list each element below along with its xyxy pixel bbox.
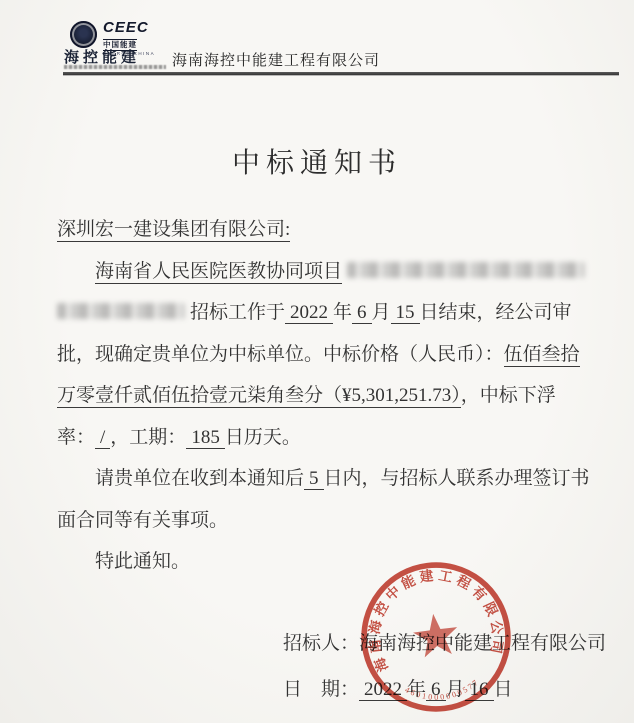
bid-end-line: 招标工作于2022年6月15日结束，经公司审 xyxy=(57,292,603,334)
amount-line: 万零壹仟贰佰伍拾壹元柒角叁分（¥5,301,251.73），中标下浮 xyxy=(57,375,603,417)
closing-text: 特此通知。 xyxy=(95,551,190,572)
letterhead-divider xyxy=(63,72,619,75)
document-body: 深圳宏一建设集团有限公司: 海南省人民医院医教协同项目 招标工作于2022年6月… xyxy=(57,209,603,583)
bidder-label: 招标人： xyxy=(283,633,359,654)
bid-end-day: 15 xyxy=(391,302,420,324)
body-text: 率： xyxy=(57,427,95,448)
signature-block: 招标人：海南海控中能建工程有限公司 日 期：2022年6月16日 xyxy=(283,621,606,713)
notice-line-2: 面合同等有关事项。 xyxy=(57,500,603,542)
day-char: 日 xyxy=(494,679,513,700)
body-text: 面合同等有关事项。 xyxy=(57,510,228,531)
redacted-text-block xyxy=(347,262,585,278)
sign-month: 6 xyxy=(426,679,446,701)
addressee-company: 深圳宏一建设集团有限公司: xyxy=(57,219,290,242)
letterhead-company-name: 海南海控中能建工程有限公司 xyxy=(172,49,380,70)
body-text: 日历天。 xyxy=(225,427,301,448)
body-text: 日内，与招标人联系办理签订书 xyxy=(324,468,590,489)
project-line: 海南省人民医院医教协同项目 xyxy=(57,251,603,293)
body-text: ，工期： xyxy=(110,427,186,448)
bidder-line: 招标人：海南海控中能建工程有限公司 xyxy=(283,621,606,667)
notice-line: 请贵单位在收到本通知后5日内，与招标人联系办理签订书 xyxy=(57,458,603,500)
sign-year: 2022 xyxy=(359,679,407,701)
body-text: ，中标下浮 xyxy=(461,385,556,406)
date-label: 日 期： xyxy=(283,679,359,700)
body-text: 批，现确定贵单位为中标单位。中标价格（人民币）： xyxy=(57,344,504,365)
closing-line: 特此通知。 xyxy=(57,541,603,583)
redacted-text-block xyxy=(57,303,185,319)
notice-days: 5 xyxy=(304,468,324,490)
bidder-company: 海南海控中能建工程有限公司 xyxy=(359,633,606,654)
haikong-brand-text: 海控能建 xyxy=(64,46,140,67)
date-line: 日 期：2022年6月16日 xyxy=(283,667,606,713)
amount-in-words-rest: 万零壹仟贰佰伍拾壹元柒角叁分（¥5,301,251.73） xyxy=(57,385,461,408)
year-char: 年 xyxy=(407,679,426,700)
amount-in-words-start: 伍佰叁拾 xyxy=(504,344,580,367)
month-char: 月 xyxy=(446,679,465,700)
bid-end-month: 6 xyxy=(352,302,372,324)
ceec-logo-text: CEEC xyxy=(103,20,155,35)
discount-rate-value: / xyxy=(95,427,110,449)
project-name: 海南省人民医院医教协同项目 xyxy=(95,261,342,284)
body-text: 请贵单位在收到本通知后 xyxy=(95,468,304,489)
duration-days: 185 xyxy=(186,427,225,449)
body-text: 招标工作于 xyxy=(190,302,285,323)
rate-duration-line: 率：/，工期：185日历天。 xyxy=(57,417,603,459)
body-text: 日结束，经公司审 xyxy=(420,302,572,323)
month-char: 月 xyxy=(372,302,391,323)
bid-end-year: 2022 xyxy=(285,302,333,324)
document-title: 中标通知书 xyxy=(0,141,634,181)
year-char: 年 xyxy=(333,302,352,323)
brand-url-small-text xyxy=(64,65,166,69)
salutation-line: 深圳宏一建设集团有限公司: xyxy=(57,209,603,251)
sign-day: 16 xyxy=(465,679,494,701)
award-line: 批，现确定贵单位为中标单位。中标价格（人民币）：伍佰叁拾 xyxy=(57,334,603,376)
ceec-emblem-icon xyxy=(70,21,97,48)
scanned-document-page: CEEC 中国能建 ENERGY CHINA 海控能建 海南海控中能建工程有限公… xyxy=(0,0,634,723)
